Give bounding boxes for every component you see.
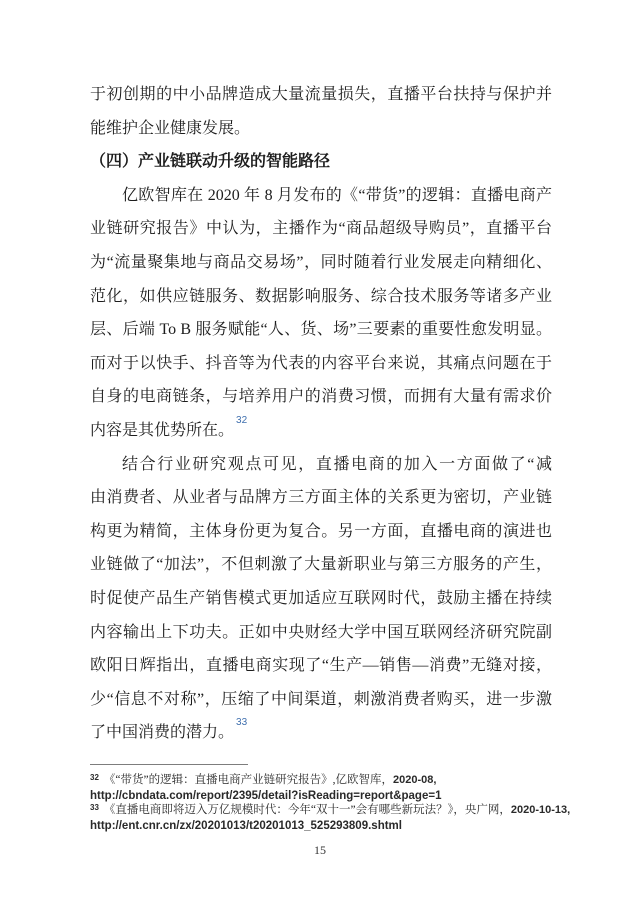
footnote-marker: 32 xyxy=(90,773,99,782)
body-text-line: 为“流量聚集地与商品交易场”，同时随着行业发展走向精细化、规 xyxy=(90,246,552,280)
footnote-ref-33: 33 xyxy=(236,717,247,728)
document-page: 于初创期的中小品牌造成大量流量损失，直播平台扶持与保护并重才 能维护企业健康发展… xyxy=(0,0,640,905)
body-text-line: 业链研究报告》中认为，主播作为“商品超级导购员”，直播平台作 xyxy=(90,212,552,246)
body-text-line: 了中国消费的潜力。33 xyxy=(90,716,552,750)
body-text-line: 内容是其优势所在。32 xyxy=(90,414,552,448)
body-text-line: 内容输出上下功夫。正如中央财经大学中国互联网经济研究院副院长 xyxy=(90,616,552,650)
body-text-line: 自身的电商链条，与培养用户的消费习惯，而拥有大量有需求价值的 xyxy=(90,380,552,414)
body-text-line: 业链做了“加法”，不但刺激了大量新职业与第三方服务的产生，同 xyxy=(90,548,552,582)
footnote-text: 《直播电商即将迈入万亿规模时代：今年“双十一”会有哪些新玩法？》，央广网， xyxy=(104,804,511,816)
footnote-date: 2020-10-13, xyxy=(511,804,570,816)
body-text-line: 欧阳日辉指出，直播电商实现了“生产—销售—消费”无缝对接，减 xyxy=(90,649,552,683)
body-text-line: 于初创期的中小品牌造成大量流量损失，直播平台扶持与保护并重才 xyxy=(90,78,552,112)
page-number: 15 xyxy=(0,843,640,858)
footnote-separator xyxy=(90,764,248,765)
footnote-marker: 33 xyxy=(90,803,99,812)
footnote-text: 《“带货”的逻辑：直播电商产业链研究报告》,亿欧智库， xyxy=(104,774,393,786)
body-text-line: 而对于以快手、抖音等为代表的内容平台来说，其痛点问题在于打造 xyxy=(90,347,552,381)
footnote-32-url: http://cbndata.com/report/2395/detail?is… xyxy=(90,789,560,804)
footnote-date: 2020-08, xyxy=(393,774,436,786)
body-text-line: 时促使产品生产销售模式更加适应互联网时代，鼓励主播在持续优质 xyxy=(90,582,552,616)
body-text-line: 由消费者、从业者与品牌方三方面主体的关系更为密切，产业链的结 xyxy=(90,481,552,515)
body-text-block: 于初创期的中小品牌造成大量流量损失，直播平台扶持与保护并重才 能维护企业健康发展… xyxy=(90,78,552,750)
body-text-line: 结合行业研究观点可见，直播电商的加入一方面做了“减法”， xyxy=(90,448,552,482)
footnote-block: 32《“带货”的逻辑：直播电商产业链研究报告》,亿欧智库，2020-08, ht… xyxy=(90,764,560,833)
footnote-33: 33《直播电商即将迈入万亿规模时代：今年“双十一”会有哪些新玩法？》，央广网，2… xyxy=(90,803,560,819)
footnote-32: 32《“带货”的逻辑：直播电商产业链研究报告》,亿欧智库，2020-08, xyxy=(90,773,560,789)
body-text-line: 构更为精简，主体身份更为复合。另一方面，直播电商的演进也为产 xyxy=(90,515,552,549)
body-text-line: 少“信息不对称”，压缩了中间渠道，刺激消费者购买，进一步激发 xyxy=(90,683,552,717)
body-text-line: 范化，如供应链服务、数据影响服务、综合技术服务等诸多产业链底 xyxy=(90,280,552,314)
footnote-33-url: http://ent.cnr.cn/zx/20201013/t20201013_… xyxy=(90,819,560,834)
body-text-segment: 了中国消费的潜力。 xyxy=(90,724,234,741)
body-text-segment: 内容是其优势所在。 xyxy=(90,422,234,439)
body-text-line: 层、后端 To B 服务赋能“人、货、场”三要素的重要性愈发明显。 xyxy=(90,313,552,347)
body-text-line: 能维护企业健康发展。 xyxy=(90,112,552,146)
footnote-ref-32: 32 xyxy=(236,415,247,426)
section-heading: （四）产业链联动升级的智能路径 xyxy=(90,145,552,179)
body-text-line: 亿欧智库在 2020 年 8 月发布的《“带货”的逻辑：直播电商产 xyxy=(90,179,552,213)
